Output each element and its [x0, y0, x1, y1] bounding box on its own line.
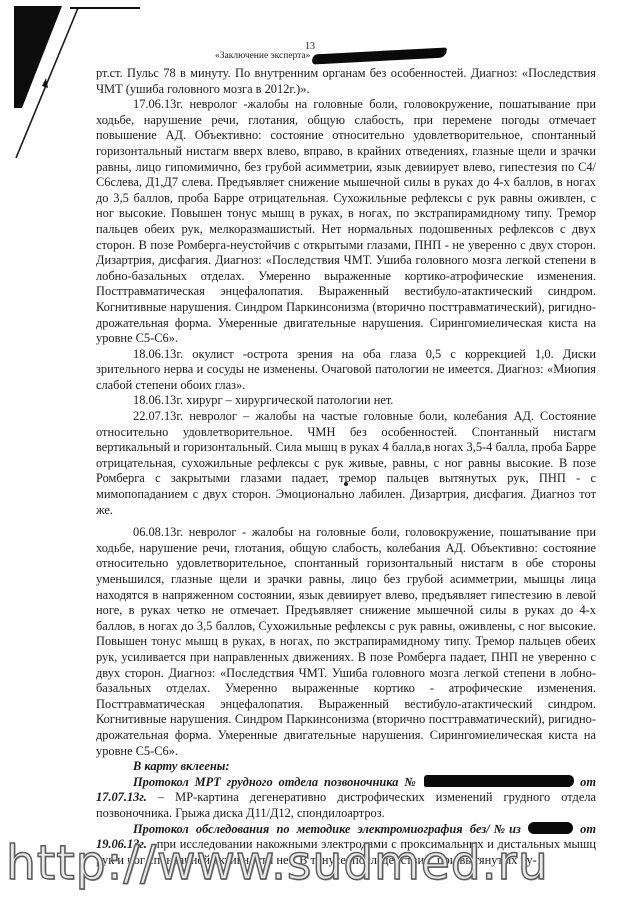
document-body: рт.ст. Пульс 78 в минуту. По внутренним …: [96, 66, 596, 868]
scan-artifact-dot: [344, 482, 348, 486]
paragraph-oculist-1806: 18.06.13г. окулист -острота зрения на об…: [96, 347, 596, 394]
paragraph-neurologist-2207: 22.07.13г. невролог – жалобы на частые г…: [96, 409, 596, 518]
mrt-title: Протокол МРТ грудного отдела позвоночник…: [133, 775, 418, 789]
header-title: «Заключение эксперта»: [215, 51, 310, 61]
paragraph-neurologist-0608: 06.08.13г. невролог - жалобы на головные…: [96, 525, 596, 759]
mrt-date: 17.07.13г.: [96, 790, 147, 804]
redaction-mark: [312, 47, 447, 64]
emg-from: от: [580, 822, 596, 836]
scan-artifact-rule: [70, 7, 140, 9]
redaction-mark: [528, 822, 573, 834]
running-header: «Заключение эксперта»: [215, 51, 447, 61]
bleed-through-text: [150, 3, 570, 39]
mrt-text: – МР-картина дегенеративно дистрофически…: [96, 790, 596, 820]
mrt-from: от: [580, 775, 596, 789]
paragraph-surgeon-1806: 18.06.13г. хирург – хирургической патоло…: [96, 393, 596, 409]
paragraph-continuation: рт.ст. Пульс 78 в минуту. По внутренним …: [96, 66, 596, 97]
attachments-heading: В карту вклеены:: [96, 759, 596, 775]
paragraph-mrt-protocol: Протокол МРТ грудного отдела позвоночник…: [96, 775, 596, 822]
emg-title: Протокол обследования по методике электр…: [133, 822, 521, 836]
redaction-mark: [424, 775, 574, 787]
paragraph-neurologist-1706: 17.06.13г. невролог -жалобы на головные …: [96, 97, 596, 347]
watermark: http://www.sudmed.ru: [6, 836, 626, 891]
